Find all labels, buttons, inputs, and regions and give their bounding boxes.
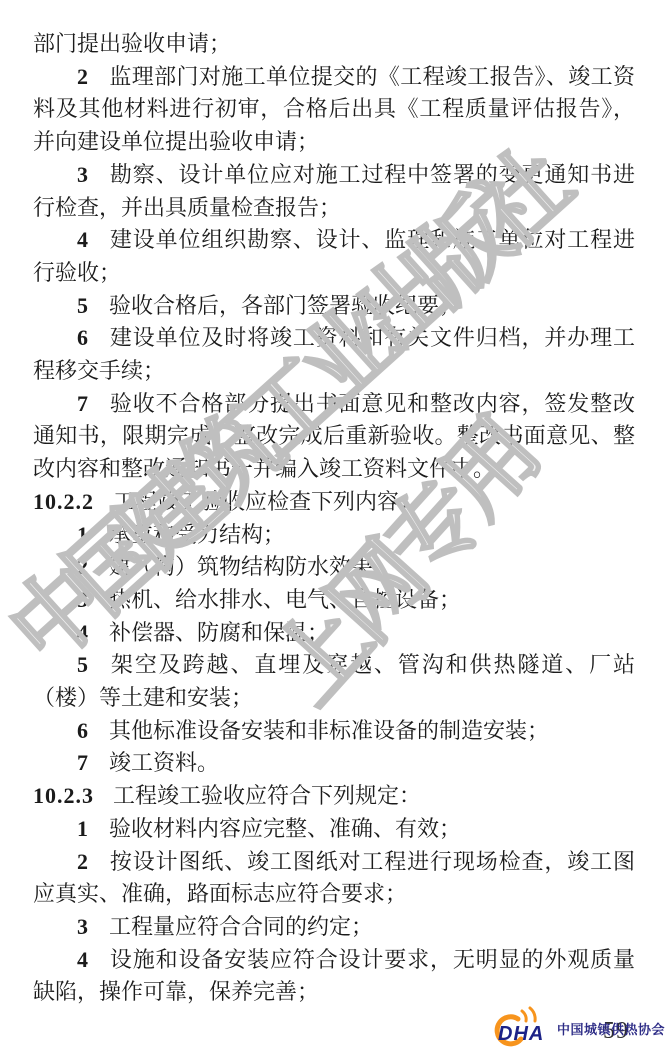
- numbered-item: 1承重和受力结构；: [33, 519, 635, 552]
- item-number: 3: [77, 914, 88, 939]
- item-number: 2: [77, 64, 88, 89]
- paragraph-text: 补偿器、防腐和保温；: [109, 620, 329, 645]
- numbered-item: 2建（构）筑物结构防水效果；: [33, 551, 635, 584]
- item-number: 3: [77, 587, 88, 612]
- item-number: 7: [77, 750, 88, 775]
- item-number: 6: [77, 718, 88, 743]
- clause-number: 10.2.3: [33, 783, 94, 808]
- numbered-item: 2按设计图纸、竣工图纸对工程进行现场检查，竣工图应真实、准确，路面标志应符合要求…: [33, 846, 635, 911]
- item-number: 4: [77, 947, 88, 972]
- numbered-item: 5架空及跨越、直埋及穿越、管沟和供热隧道、厂站（楼）等土建和安装；: [33, 649, 635, 714]
- paragraph-text: 勘察、设计单位应对施工过程中签署的变更通知书进行检查，并出具质量检查报告；: [33, 162, 635, 220]
- numbered-item: 4建设单位组织勘察、设计、监理和施工单位对工程进行验收；: [33, 224, 635, 289]
- paragraph-text: 验收不合格部分提出书面意见和整改内容，签发整改通知书，限期完成。整改完成后重新验…: [33, 391, 635, 481]
- document-body: 部门提出验收申请；2监理部门对施工单位提交的《工程竣工报告》、竣工资料及其他材料…: [33, 28, 635, 1009]
- document-page: 部门提出验收申请；2监理部门对施工单位提交的《工程竣工报告》、竣工资料及其他材料…: [0, 0, 667, 1058]
- numbered-item: 7验收不合格部分提出书面意见和整改内容，签发整改通知书，限期完成。整改完成后重新…: [33, 388, 635, 486]
- paragraph-text: 建设单位组织勘察、设计、监理和施工单位对工程进行验收；: [33, 227, 635, 285]
- item-number: 2: [77, 849, 88, 874]
- numbered-item: 2监理部门对施工单位提交的《工程竣工报告》、竣工资料及其他材料进行初审，合格后出…: [33, 61, 635, 159]
- paragraph-text: 验收材料内容应完整、准确、有效；: [109, 816, 461, 841]
- item-number: 7: [77, 391, 88, 416]
- paragraph-text: 部门提出验收申请；: [33, 31, 231, 56]
- numbered-item: 6其他标准设备安装和非标准设备的制造安装；: [33, 715, 635, 748]
- item-number: 6: [77, 325, 88, 350]
- clause-heading: 10.2.2工程竣工验收应检查下列内容：: [33, 486, 635, 519]
- numbered-item: 6建设单位及时将竣工资料和有关文件归档，并办理工程移交手续；: [33, 322, 635, 387]
- dha-abbr: DHA: [498, 1023, 544, 1045]
- dha-logo-mark-icon: DHA: [485, 1006, 551, 1050]
- paragraph-text: 承重和受力结构；: [109, 522, 285, 547]
- paragraph-text: 监理部门对施工单位提交的《工程竣工报告》、竣工资料及其他材料进行初审，合格后出具…: [33, 64, 635, 154]
- association-name: 中国城镇供热协会: [557, 1019, 665, 1038]
- numbered-item: 3热机、给水排水、电气、自控设备；: [33, 584, 635, 617]
- item-number: 4: [77, 620, 88, 645]
- signal-wave-icon: [530, 1008, 535, 1021]
- item-number: 5: [77, 293, 88, 318]
- paragraph-text: 其他标准设备安装和非标准设备的制造安装；: [109, 718, 549, 743]
- numbered-item: 4补偿器、防腐和保温；: [33, 617, 635, 650]
- item-number: 1: [77, 522, 88, 547]
- item-number: 5: [77, 652, 88, 677]
- numbered-item: 3勘察、设计单位应对施工过程中签署的变更通知书进行检查，并出具质量检查报告；: [33, 159, 635, 224]
- signal-wave-icon: [522, 1011, 526, 1021]
- paragraph-text: 按设计图纸、竣工图纸对工程进行现场检查，竣工图应真实、准确，路面标志应符合要求；: [33, 849, 635, 907]
- numbered-item: 7竣工资料。: [33, 747, 635, 780]
- item-number: 1: [77, 816, 88, 841]
- paragraph-text: 建设单位及时将竣工资料和有关文件归档，并办理工程移交手续；: [33, 325, 635, 383]
- numbered-item: 4设施和设备安装应符合设计要求，无明显的外观质量缺陷，操作可靠，保养完善；: [33, 944, 635, 1009]
- item-number: 4: [77, 227, 88, 252]
- dha-logo: DHA 中国城镇供热协会: [485, 1006, 667, 1050]
- paragraph-text: 架空及跨越、直埋及穿越、管沟和供热隧道、厂站（楼）等土建和安装；: [33, 652, 635, 710]
- paragraph-text: 竣工资料。: [109, 750, 219, 775]
- numbered-item: 1验收材料内容应完整、准确、有效；: [33, 813, 635, 846]
- item-number: 3: [77, 162, 88, 187]
- numbered-item: 5验收合格后，各部门签署验收纪要；: [33, 290, 635, 323]
- paragraph-text: 热机、给水排水、电气、自控设备；: [109, 587, 461, 612]
- paragraph-text: 设施和设备安装应符合设计要求，无明显的外观质量缺陷，操作可靠，保养完善；: [33, 947, 635, 1005]
- paragraph-text: 工程竣工验收应符合下列规定：: [113, 783, 421, 808]
- item-number: 2: [77, 554, 88, 579]
- numbered-item: 3工程量应符合合同的约定；: [33, 911, 635, 944]
- paragraph-text: 工程量应符合合同的约定；: [109, 914, 373, 939]
- clause-heading: 10.2.3工程竣工验收应符合下列规定：: [33, 780, 635, 813]
- paragraph-text: 工程竣工验收应检查下列内容：: [113, 489, 421, 514]
- clause-number: 10.2.2: [33, 489, 94, 514]
- paragraph-text: 建（构）筑物结构防水效果；: [109, 554, 395, 579]
- paragraph-text: 验收合格后，各部门签署验收纪要；: [109, 293, 461, 318]
- paragraph-continuation: 部门提出验收申请；: [33, 28, 635, 61]
